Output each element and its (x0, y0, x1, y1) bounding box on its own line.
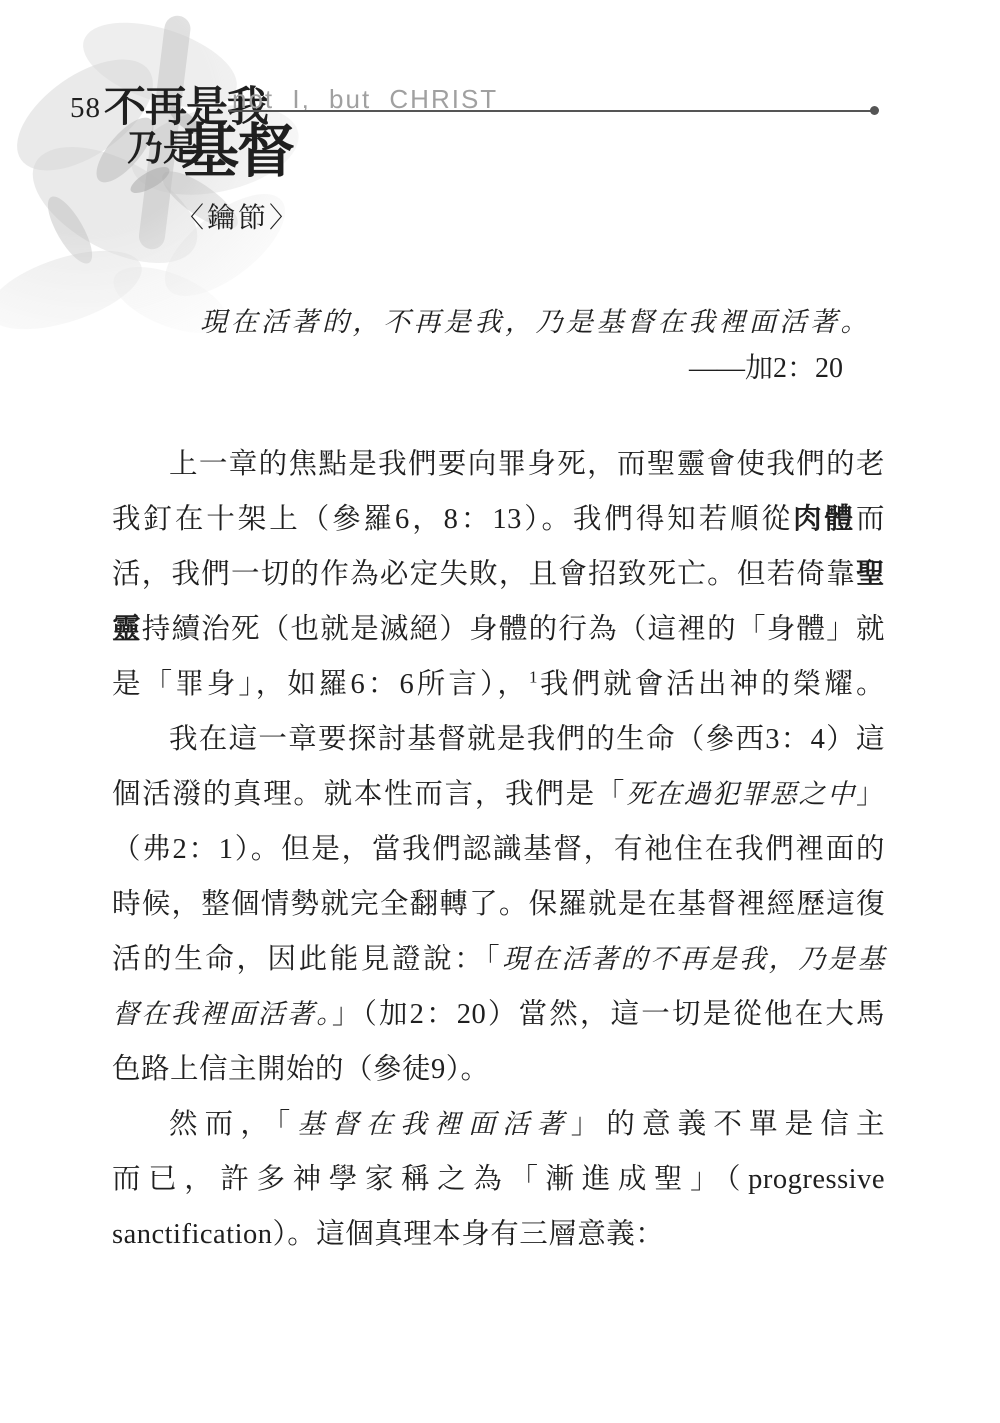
text-segment: 持續治死（也就是滅絕）身體的行為（這裡的「身體」就 (142, 614, 885, 645)
text-line: 督在我裡面活著。」（加2：20）當然，這一切是從他在大馬 (112, 987, 885, 1042)
text-segment: 色路上信主開始的（參徒9）。 (112, 1054, 490, 1085)
text-segment-quote: 基督在我裡面活著 (297, 1109, 570, 1139)
text-segment-bold: 靈 (112, 614, 142, 645)
text-line: 時候，整個情勢就完全翻轉了。保羅就是在基督裡經歷這復 (112, 877, 885, 932)
text-segment: 我釘在十架上（參羅6，8：13）。我們得知若順從 (112, 504, 793, 535)
text-segment: 時候，整個情勢就完全翻轉了。保羅就是在基督裡經歷這復 (112, 889, 885, 920)
text-segment: 而已，許多神學家稱之為「漸進成聖」（progressive (112, 1164, 885, 1195)
text-segment: 」（加2：20）當然，這一切是從他在大馬 (332, 999, 885, 1030)
text-segment-quote: 現在活著的不再是我，乃是基 (502, 944, 885, 974)
text-segment-bold: 肉體 (793, 504, 856, 535)
header-rule (228, 110, 874, 112)
text-line: 而已，許多神學家稱之為「漸進成聖」（progressive (112, 1152, 885, 1207)
text-segment-quote: 督在我裡面活著。 (112, 999, 332, 1029)
text-line: 是「罪身」，如羅6：6所言），1我們就會活出神的榮耀。 (112, 657, 885, 712)
text-segment: 我在這一章要探討基督就是我們的生命（參西3：4）這 (169, 724, 885, 755)
text-segment: 」 (856, 779, 885, 810)
page-number: 58 (70, 92, 101, 125)
key-verse-reference: ——加2：20 (689, 346, 843, 386)
text-segment: 而 (856, 504, 885, 535)
text-line: （弗2：1）。但是，當我們認識基督，有祂住在我們裡面的 (112, 822, 885, 877)
text-line: 個活潑的真理。就本性而言，我們是「死在過犯罪惡之中」 (112, 767, 885, 822)
text-line: 然而，「基督在我裡面活著」的意義不單是信主 (112, 1097, 885, 1152)
book-title-chinese-bottom-large: 基督 (181, 104, 293, 188)
section-heading-key-verse: 〈鑰節〉 (176, 196, 300, 236)
text-line: 活的生命，因此能見證說：「現在活著的不再是我，乃是基 (112, 932, 885, 987)
paragraph-2: 我在這一章要探討基督就是我們的生命（參西3：4）這 個活潑的真理。就本性而言，我… (112, 712, 885, 1097)
header-rule-dot-icon (870, 106, 879, 115)
text-segment: （弗2：1）。但是，當我們認識基督，有祂住在我們裡面的 (112, 834, 885, 865)
text-segment: 個活潑的真理。就本性而言，我們是「 (112, 779, 626, 810)
text-line: 色路上信主開始的（參徒9）。 (112, 1042, 885, 1097)
text-segment-bold: 聖 (856, 559, 885, 590)
text-line: 我在這一章要探討基督就是我們的生命（參西3：4）這 (112, 712, 885, 767)
text-segment: 上一章的焦點是我們要向罪身死，而聖靈會使我們的老 (169, 449, 885, 480)
text-line: 活，我們一切的作為必定失敗，且會招致死亡。但若倚靠聖 (112, 547, 885, 602)
text-line: 靈持續治死（也就是滅絕）身體的行為（這裡的「身體」就 (112, 602, 885, 657)
text-segment: 活，我們一切的作為必定失敗，且會招致死亡。但若倚靠 (112, 559, 856, 590)
text-segment: 然而，「 (169, 1109, 297, 1140)
text-segment: sanctification）。這個真理本身有三層意義： (112, 1219, 664, 1250)
text-line: sanctification）。這個真理本身有三層意義： (112, 1207, 885, 1262)
book-page: 58 不再是我 not I, but CHRIST 乃是 基督 〈鑰節〉 現在活… (0, 0, 1000, 1423)
text-segment-quote: 死在過犯罪惡之中 (626, 779, 856, 809)
paragraph-3: 然而，「基督在我裡面活著」的意義不單是信主 而已，許多神學家稱之為「漸進成聖」（… (112, 1097, 885, 1262)
text-segment: 我們就會活出神的榮耀。 (537, 669, 885, 700)
text-line: 上一章的焦點是我們要向罪身死，而聖靈會使我們的老 (112, 437, 885, 492)
text-line: 我釘在十架上（參羅6，8：13）。我們得知若順從肉體而 (112, 492, 885, 547)
text-segment: 」的意義不單是信主 (571, 1109, 885, 1140)
text-segment: 是「罪身」，如羅6：6所言）， (112, 669, 529, 700)
text-segment: 活的生命，因此能見證說：「 (112, 944, 502, 975)
key-verse-text: 現在活著的，不再是我，乃是基督在我裡面活著。 (200, 300, 871, 339)
paragraph-1: 上一章的焦點是我們要向罪身死，而聖靈會使我們的老 我釘在十架上（參羅6，8：13… (112, 437, 885, 712)
body-text: 上一章的焦點是我們要向罪身死，而聖靈會使我們的老 我釘在十架上（參羅6，8：13… (112, 437, 885, 1262)
